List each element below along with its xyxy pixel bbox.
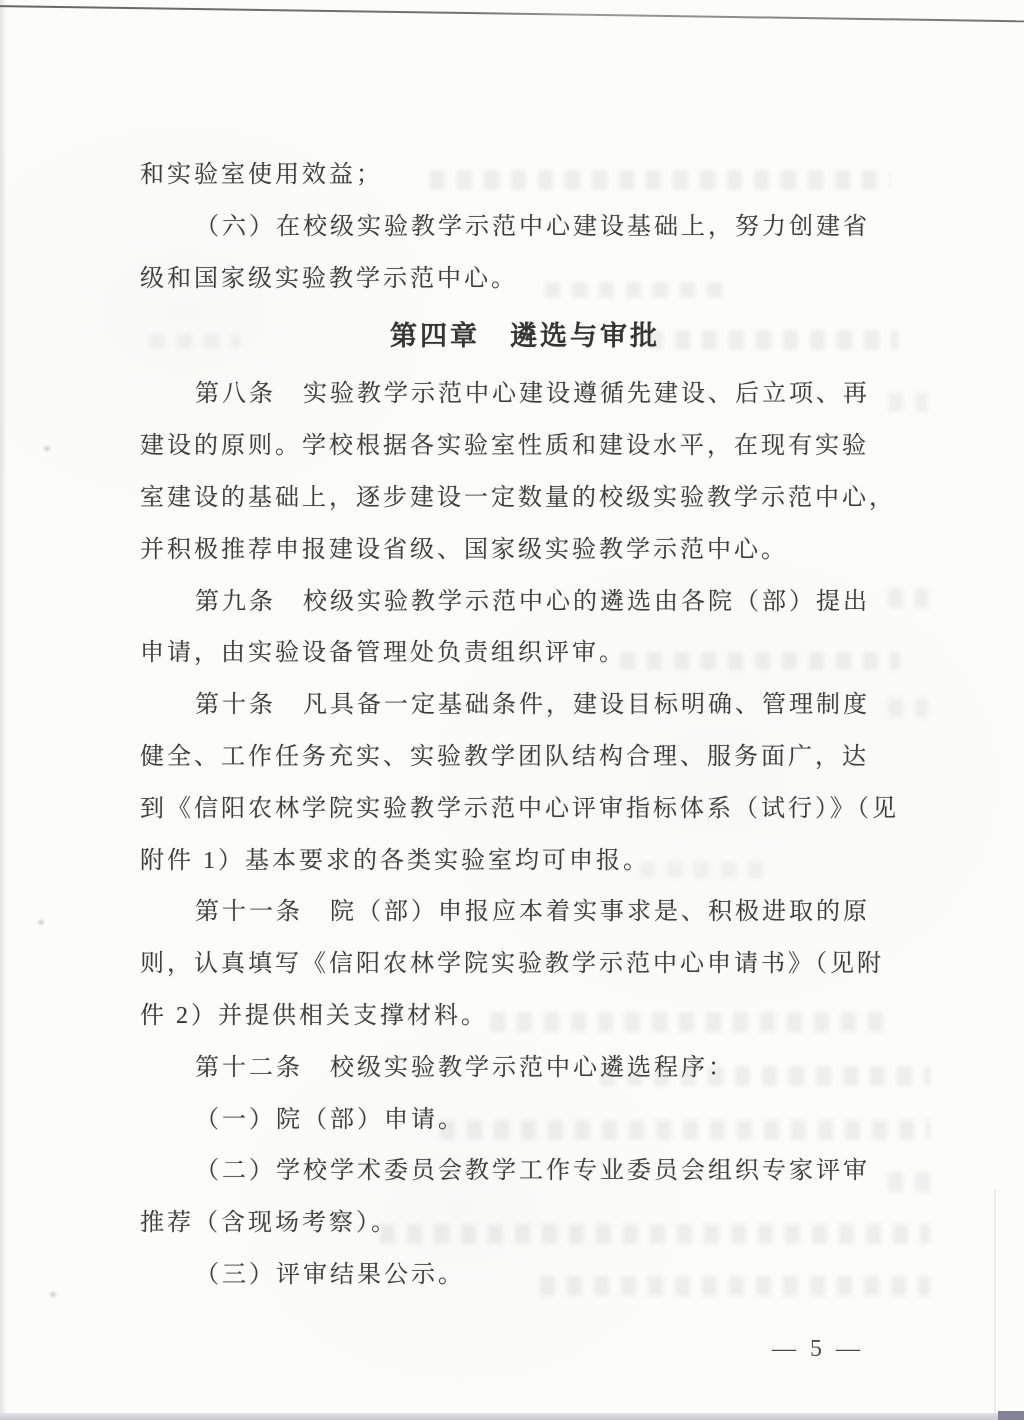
scan-left-edge-shade xyxy=(0,0,7,1420)
text-line: 和实验室使用效益； xyxy=(140,150,910,202)
text-line: 级和国家级实验教学示范中心。 xyxy=(140,254,910,306)
text-line: 件 2）并提供相关支撑材料。 xyxy=(140,991,910,1043)
text-line: 到《信阳农林学院实验教学示范中心评审指标体系（试行）》（见 xyxy=(140,784,910,836)
text-line: 申请，由实验设备管理处负责组织评审。 xyxy=(140,628,910,680)
text-line: 第十一条 院（部）申报应本着实事求是、积极进取的原 xyxy=(140,887,910,939)
text-line: 室建设的基础上，逐步建设一定数量的校级实验教学示范中心， xyxy=(140,473,910,525)
chapter-heading: 第四章 遴选与审批 xyxy=(140,307,910,365)
text-line: 推荐（含现场考察）。 xyxy=(140,1198,910,1250)
text-line: 附件 1）基本要求的各类实验室均可申报。 xyxy=(140,836,910,888)
text-line: 第十二条 校级实验教学示范中心遴选程序： xyxy=(140,1043,910,1095)
scan-right-edge-line xyxy=(994,1190,996,1420)
text-line: （六）在校级实验教学示范中心建设基础上，努力创建省 xyxy=(140,202,910,254)
text-line: （一）院（部）申请。 xyxy=(140,1095,910,1147)
text-line: 并积极推荐申报建设省级、国家级实验教学示范中心。 xyxy=(140,525,910,577)
text-line: （三）评审结果公示。 xyxy=(140,1250,910,1302)
scanned-document-page: 和实验室使用效益；（六）在校级实验教学示范中心建设基础上，努力创建省级和国家级实… xyxy=(0,0,1024,1420)
scan-bottom-edge-band xyxy=(0,1413,1024,1420)
ink-speck xyxy=(38,920,44,925)
text-line: （二）学校学术委员会教学工作专业委员会组织专家评审 xyxy=(140,1146,910,1198)
text-line: 建设的原则。学校根据各实验室性质和建设水平，在现有实验 xyxy=(140,421,910,473)
ink-speck xyxy=(50,1292,56,1297)
text-line: 则，认真填写《信阳农林学院实验教学示范中心申请书》（见附 xyxy=(140,939,910,991)
text-line: 健全、工作任务充实、实验教学团队结构合理、服务面广，达 xyxy=(140,732,910,784)
page-number: — 5 — xyxy=(772,1336,864,1363)
text-line: 第八条 实验教学示范中心建设遵循先建设、后立项、再 xyxy=(140,369,910,421)
text-line: 第十条 凡具备一定基础条件，建设目标明确、管理制度 xyxy=(140,680,910,732)
scan-top-edge-line xyxy=(0,5,1024,23)
document-body: 和实验室使用效益；（六）在校级实验教学示范中心建设基础上，努力创建省级和国家级实… xyxy=(140,150,910,1302)
scan-bottom-corner-mark xyxy=(998,1411,1024,1420)
text-line: 第九条 校级实验教学示范中心的遴选由各院（部）提出 xyxy=(140,577,910,629)
ink-speck xyxy=(44,446,50,451)
